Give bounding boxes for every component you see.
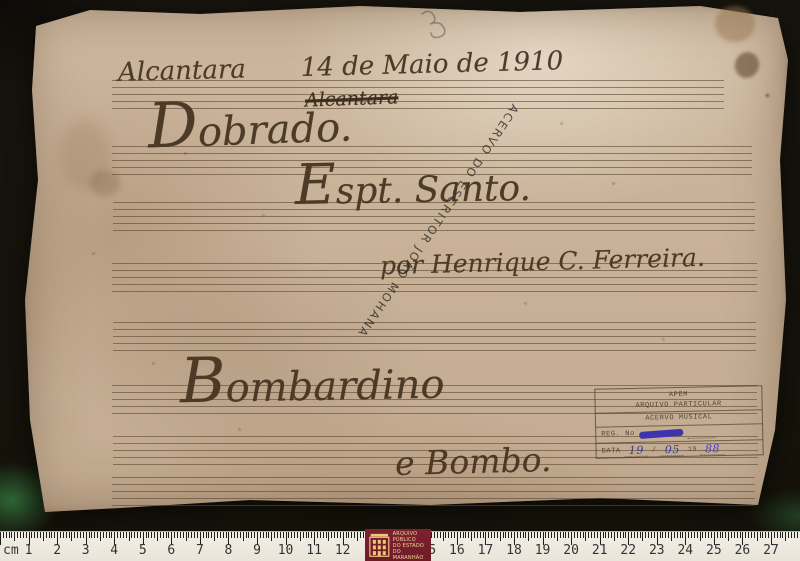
ruler-tick [654, 532, 655, 538]
ruler-tick [734, 532, 735, 538]
date-day-handwritten: 19 [625, 445, 648, 457]
ruler-tick [20, 532, 21, 538]
apem-logo: ARQUIVO PÚBLICO DO ESTADO DO MARANHÃO [365, 529, 431, 561]
ruler-tick [791, 532, 792, 538]
ruler-tick [317, 532, 318, 538]
ruler-tick [534, 532, 535, 538]
ruler-tick [625, 532, 626, 538]
ruler-tick [26, 532, 27, 538]
ruler-tick [454, 532, 455, 538]
ruler-tick [720, 532, 721, 538]
ruler-tick [560, 532, 561, 538]
piece-subtitle: Espt. Santo. [295, 161, 532, 213]
ruler-tick [591, 532, 592, 538]
ruler-tick [760, 532, 761, 538]
ruler-tick [111, 532, 112, 538]
ruler-tick [74, 532, 75, 538]
ruler-tick [694, 532, 695, 538]
ruler-tick [291, 532, 292, 538]
ruler-number: 8 [225, 543, 233, 558]
ruler-tick [323, 532, 324, 538]
ruler-tick [180, 532, 181, 538]
ruler-tick [762, 532, 763, 538]
ruler-tick [557, 532, 558, 541]
ruler-tick [197, 532, 198, 538]
ruler-tick [186, 532, 187, 541]
ruler-tick [89, 532, 90, 538]
ruler-tick [100, 532, 101, 541]
ruler-tick [123, 532, 124, 538]
ruler-tick [243, 532, 244, 541]
ruler-tick [494, 532, 495, 538]
pencil-scribble [414, 8, 456, 40]
ruler-tick [780, 532, 781, 538]
ruler-tick [160, 532, 161, 538]
archive-stamp: APEM ARQUIVO PARTICULAR ACERVO MUSICAL R… [594, 385, 763, 459]
date-year-prefix: 19 [688, 446, 697, 453]
ruler-tick [303, 532, 304, 538]
ruler-number: 22 [620, 543, 636, 558]
ruler-number: 20 [563, 543, 579, 558]
ruler-tick [246, 532, 247, 538]
ruler-tick [300, 532, 301, 541]
ruler-tick [283, 532, 284, 538]
ruler-tick [203, 532, 204, 538]
piece-title: Dobrado. [147, 96, 353, 157]
ruler-number: 1 [25, 543, 33, 558]
ruler-tick [320, 532, 321, 538]
ruler-tick [702, 532, 703, 538]
ruler-tick [94, 532, 95, 538]
ruler-tick [468, 532, 469, 538]
ruler-number: 6 [167, 543, 175, 558]
ruler-tick [109, 532, 110, 538]
ruler-tick [46, 532, 47, 538]
ruler-tick [540, 532, 541, 538]
ruler-tick [777, 532, 778, 538]
ruler-tick [794, 532, 795, 538]
ruler-tick [717, 532, 718, 538]
ruler-tick [574, 532, 575, 538]
ruler-tick [271, 532, 272, 541]
ruler-number: 25 [706, 543, 722, 558]
ruler-tick [508, 532, 509, 538]
ruler-tick [337, 532, 338, 538]
ruler-tick [103, 532, 104, 538]
instrument-line-1: Bombardino [180, 354, 445, 413]
ruler-tick [234, 532, 235, 538]
ruler-tick [477, 532, 478, 538]
ruler-tick [594, 532, 595, 538]
ruler-tick [728, 532, 729, 541]
ruler-tick [311, 532, 312, 538]
ruler-tick [274, 532, 275, 538]
ruler-tick [440, 532, 441, 538]
ruler-tick [660, 532, 661, 538]
ruler-number: 26 [735, 543, 751, 558]
ruler-tick [711, 532, 712, 538]
ruler-tick [69, 532, 70, 538]
ruler-tick [346, 532, 347, 538]
ruler-tick [277, 532, 278, 538]
ruler-tick [14, 532, 15, 541]
ruler-tick [588, 532, 589, 538]
ruler-tick [126, 532, 127, 538]
ruler-tick [580, 532, 581, 538]
ruler-tick [623, 532, 624, 538]
ruler-tick [671, 532, 672, 541]
ruler-tick [583, 532, 584, 538]
ruler-tick [674, 532, 675, 538]
ruler-tick [474, 532, 475, 538]
ruler-tick [680, 532, 681, 538]
ruler-tick [308, 532, 309, 538]
ruler-tick [548, 532, 549, 538]
ruler-tick [503, 532, 504, 538]
ruler-tick [63, 532, 64, 538]
ruler-tick [754, 532, 755, 538]
ruler-tick [351, 532, 352, 538]
ruler-tick [497, 532, 498, 538]
ruler-tick [605, 532, 606, 538]
ruler-tick [648, 532, 649, 538]
ruler-tick [737, 532, 738, 538]
ruler-tick [34, 532, 35, 538]
ruler-tick [523, 532, 524, 538]
ruler-tick [151, 532, 152, 538]
ruler-tick [445, 532, 446, 538]
ruler-tick [460, 532, 461, 538]
ruler-number: 27 [763, 543, 779, 558]
ruler-tick [608, 532, 609, 538]
ruler-unit-label: cm [3, 543, 19, 558]
ruler-tick [146, 532, 147, 538]
ruler-tick [700, 532, 701, 541]
ruler-tick [551, 532, 552, 538]
ruler-tick [168, 532, 169, 538]
ruler-tick [537, 532, 538, 538]
ruler-tick [231, 532, 232, 538]
ruler-number: 21 [592, 543, 608, 558]
ruler-tick [748, 532, 749, 538]
ruler-tick [220, 532, 221, 538]
ruler-tick [360, 532, 361, 538]
ruler-tick [211, 532, 212, 538]
ruler-tick [148, 532, 149, 538]
ruler-tick [237, 532, 238, 538]
ruler-tick [603, 532, 604, 538]
ruler-tick [640, 532, 641, 538]
ruler-tick [240, 532, 241, 538]
ruler-tick [183, 532, 184, 538]
ruler-tick [17, 532, 18, 538]
ruler-tick [585, 532, 586, 541]
ruler-tick [480, 532, 481, 538]
ruler-tick [708, 532, 709, 538]
ruler-tick [531, 532, 532, 538]
ruler-number: 5 [139, 543, 147, 558]
ruler-tick [120, 532, 121, 538]
ruler-tick [117, 532, 118, 538]
ruler-tick [471, 532, 472, 541]
ruler-tick [163, 532, 164, 538]
ruler-tick [60, 532, 61, 538]
ruler-tick [500, 532, 501, 541]
ruler-tick [340, 532, 341, 538]
ruler-tick [434, 532, 435, 538]
ruler-tick [51, 532, 52, 538]
ruler-number: 3 [82, 543, 90, 558]
ruler-tick [294, 532, 295, 538]
ruler-tick [665, 532, 666, 538]
header-place: Alcantara [118, 54, 247, 87]
apem-logo-text: ARQUIVO PÚBLICO DO ESTADO DO MARANHÃO [393, 531, 431, 561]
ruler-tick [431, 532, 432, 538]
ruler-tick [483, 532, 484, 538]
ruler-tick [177, 532, 178, 538]
reg-dotted-line [687, 428, 715, 439]
ruler-tick [137, 532, 138, 538]
ruler-tick [83, 532, 84, 538]
ruler-tick [77, 532, 78, 538]
ruler-tick [448, 532, 449, 538]
ruler-tick [363, 532, 364, 538]
ruler-tick [188, 532, 189, 538]
stamp-date-label: DATA [602, 448, 621, 455]
ruler-tick [568, 532, 569, 538]
ruler-tick [722, 532, 723, 538]
ruler-tick [214, 532, 215, 541]
ruler-tick [577, 532, 578, 538]
apem-building-icon [369, 533, 390, 558]
ruler-tick [208, 532, 209, 538]
ruler-tick [3, 532, 4, 538]
ruler-tick [463, 532, 464, 538]
ruler-tick [563, 532, 564, 538]
ruler-tick [688, 532, 689, 538]
ruler-tick [288, 532, 289, 538]
ruler-tick [140, 532, 141, 538]
ruler-tick [354, 532, 355, 538]
ruler-tick [491, 532, 492, 538]
ruler-tick [11, 532, 12, 538]
ruler-tick [80, 532, 81, 538]
ruler-tick [43, 532, 44, 541]
ruler-tick [620, 532, 621, 538]
ruler-number: 10 [278, 543, 294, 558]
measuring-ruler: cm 1234567891011121314151617181920212223… [0, 531, 800, 561]
ruler-tick [331, 532, 332, 538]
ruler-tick [66, 532, 67, 538]
ruler-tick [788, 532, 789, 538]
ruler-tick [443, 532, 444, 541]
ruler-tick [768, 532, 769, 538]
ruler-tick [31, 532, 32, 538]
ruler-tick [223, 532, 224, 538]
ruler-tick [37, 532, 38, 538]
ruler-tick [682, 532, 683, 538]
ruler-tick [668, 532, 669, 538]
ruler-tick [71, 532, 72, 541]
ruler-tick [263, 532, 264, 538]
ruler-tick [651, 532, 652, 538]
ruler-tick [251, 532, 252, 538]
ruler-tick [297, 532, 298, 538]
ruler-tick [554, 532, 555, 538]
ruler-tick [248, 532, 249, 538]
ruler-tick [451, 532, 452, 538]
ruler-number: 23 [649, 543, 665, 558]
ruler-tick [511, 532, 512, 538]
ruler-tick [614, 532, 615, 541]
ruler-tick [488, 532, 489, 538]
ruler-number: 16 [449, 543, 465, 558]
ruler-tick [725, 532, 726, 538]
ruler-number: 7 [196, 543, 204, 558]
ruler-tick [348, 532, 349, 538]
ruler-number: 17 [478, 543, 494, 558]
ruler-tick [745, 532, 746, 538]
ruler-tick [40, 532, 41, 538]
ruler-tick [6, 532, 7, 538]
ruler-tick [326, 532, 327, 538]
ruler-tick [166, 532, 167, 538]
ruler-tick [266, 532, 267, 538]
ruler-tick [357, 532, 358, 541]
ruler-tick [611, 532, 612, 538]
ruler-tick [226, 532, 227, 538]
ruler-tick [0, 532, 1, 545]
ruler-tick [97, 532, 98, 538]
ruler-tick [91, 532, 92, 538]
ruler-tick [677, 532, 678, 538]
ruler-tick [268, 532, 269, 538]
ruler-tick [785, 532, 786, 541]
date-month-handwritten: 05 [661, 444, 684, 456]
ruler-tick [328, 532, 329, 541]
ruler-number: 2 [53, 543, 61, 558]
ruler-tick [465, 532, 466, 538]
ruler-tick [260, 532, 261, 538]
ruler-number: 4 [110, 543, 118, 558]
ruler-tick [505, 532, 506, 538]
ruler-tick [751, 532, 752, 538]
ruler-tick [645, 532, 646, 538]
ruler-tick [23, 532, 24, 538]
ruler-tick [217, 532, 218, 538]
ruler-tick [106, 532, 107, 538]
ruler-number: 12 [335, 543, 351, 558]
ruler-tick [705, 532, 706, 538]
ruler-tick [154, 532, 155, 538]
photo-of-manuscript-cover: Alcantara 14 de Maio de 1910 Alcantara D… [0, 0, 800, 561]
ruler-tick [617, 532, 618, 538]
stamp-reg-label: REG. No [601, 431, 635, 439]
ruler-tick [757, 532, 758, 541]
ruler-tick [280, 532, 281, 538]
ruler-tick [129, 532, 130, 541]
ruler-tick [691, 532, 692, 538]
date-year-handwritten: 88 [701, 443, 724, 455]
ruler-tick [437, 532, 438, 538]
ruler-tick [9, 532, 10, 538]
ruler-number: 11 [306, 543, 322, 558]
ruler-tick [765, 532, 766, 538]
ruler-tick [545, 532, 546, 538]
ruler-tick [206, 532, 207, 538]
ruler-tick [517, 532, 518, 538]
ruler-tick [697, 532, 698, 538]
ruler-tick [797, 532, 798, 538]
ruler-tick [191, 532, 192, 538]
ruler-tick [254, 532, 255, 538]
ruler-tick [49, 532, 50, 538]
ruler-number: 18 [506, 543, 522, 558]
ruler-tick [54, 532, 55, 538]
date-separator: / [652, 447, 657, 454]
ruler-tick [774, 532, 775, 538]
foxing-specks [0, 0, 3, 3]
ruler-tick [528, 532, 529, 541]
ruler-tick [525, 532, 526, 538]
ruler-number: 9 [253, 543, 261, 558]
ruler-tick [631, 532, 632, 538]
ruler-tick [782, 532, 783, 538]
ruler-number: 24 [677, 543, 693, 558]
ruler-tick [306, 532, 307, 538]
ruler-tick [634, 532, 635, 538]
ruler-tick [597, 532, 598, 538]
ruler-tick [157, 532, 158, 541]
ruler-tick [334, 532, 335, 538]
ruler-number: 19 [535, 543, 551, 558]
ruler-tick [134, 532, 135, 538]
ruler-tick [637, 532, 638, 538]
logo-line-4: DO MARANHÃO [393, 549, 431, 561]
ruler-tick [642, 532, 643, 541]
ruler-tick [174, 532, 175, 538]
ruler-tick [740, 532, 741, 538]
ruler-tick [662, 532, 663, 538]
blue-ink-blot [639, 429, 683, 439]
ruler-tick [520, 532, 521, 538]
ruler-tick [731, 532, 732, 538]
ruler-tick [194, 532, 195, 538]
ruler-tick [131, 532, 132, 538]
instrument-line-2: e Bombo. [395, 440, 552, 483]
ruler-tick [565, 532, 566, 538]
